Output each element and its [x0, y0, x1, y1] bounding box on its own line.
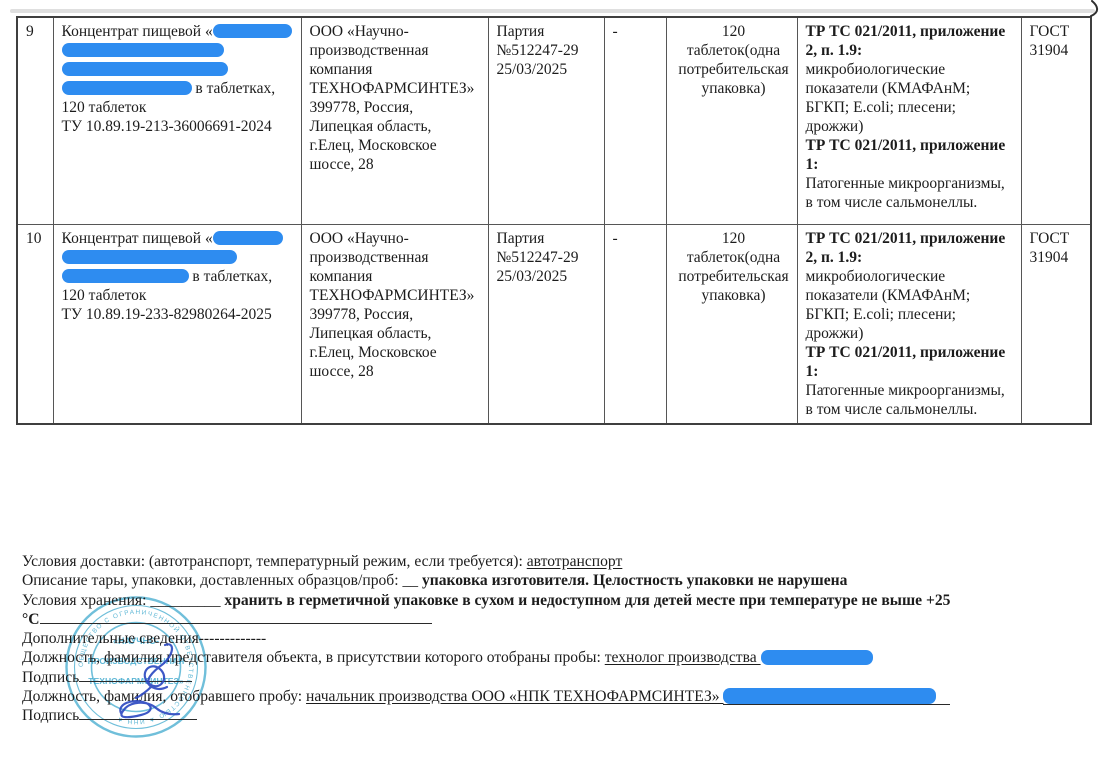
- product-line: в таблетках,: [62, 267, 297, 286]
- text-line: №512247-29: [497, 41, 600, 60]
- text-line: г.Елец, Московское: [310, 343, 484, 362]
- cell-requirements: ТР ТС 021/2011, приложение2, п. 1.9:микр…: [797, 17, 1021, 224]
- signature-label: Подпись: [22, 669, 79, 686]
- text-line: Патогенные микроорганизмы,: [806, 174, 1017, 193]
- product-count: 120 таблеток: [62, 98, 297, 117]
- text-line: дрожжи): [806, 324, 1017, 343]
- text-line: ТЕХНОФАРМСИНТЕЗ»: [310, 286, 484, 305]
- text-line: микробиологические: [806, 267, 1017, 286]
- cell-product: Концентрат пищевой « в таблетках, 120 та…: [53, 17, 301, 224]
- text-line: БГКП; E.coli; плесени;: [806, 305, 1017, 324]
- text-line: 1:: [806, 155, 1017, 174]
- delivery-conditions-line: Условия доставки: (автотранспорт, темпер…: [22, 552, 1092, 571]
- text-line: ООО «Научно-: [310, 22, 484, 41]
- text-line: ТР ТС 021/2011, приложение: [806, 343, 1017, 362]
- text-line: показатели (КМАФАнМ;: [806, 79, 1017, 98]
- sampler-value: начальник производства ООО «НПК ТЕХНОФАР…: [306, 688, 723, 705]
- redaction-bar: [62, 81, 192, 95]
- blank-line: [79, 706, 197, 720]
- redaction-bar: [213, 24, 292, 38]
- text-line: потребительская: [675, 267, 793, 286]
- product-prefix: Концентрат пищевой «: [62, 230, 213, 247]
- text-line: таблеток(одна: [675, 248, 793, 267]
- underlined-redaction: [723, 688, 950, 705]
- sampler-label: Должность, фамилия, отобравшего пробу:: [22, 688, 306, 705]
- product-line: [62, 60, 297, 79]
- text-line: упаковка): [675, 79, 793, 98]
- text-line: потребительская: [675, 60, 793, 79]
- cell-manufacturer: ООО «Научно-производственнаякомпанияТЕХН…: [301, 224, 488, 424]
- text-line: Липецкая область,: [310, 117, 484, 136]
- packaging-value: упаковка изготовителя. Целостность упако…: [422, 572, 847, 589]
- representative-label: Должность, фамилия представителя объекта…: [22, 649, 605, 666]
- signature-line-2: Подпись: [22, 706, 1092, 725]
- product-line: Концентрат пищевой «: [62, 22, 297, 41]
- text-line: шоссе, 28: [310, 362, 484, 381]
- signature-line-1: Подпись: [22, 668, 1092, 687]
- signature-label: Подпись: [22, 707, 79, 724]
- text-line: 399778, Россия,: [310, 305, 484, 324]
- product-line: в таблетках,: [62, 79, 297, 98]
- additional-info-line: Дополнительные сведения-------------: [22, 629, 1092, 648]
- sampler-line: Должность, фамилия, отобравшего пробу: н…: [22, 687, 1092, 706]
- delivery-value: автотранспорт: [527, 553, 623, 570]
- product-suffix: в таблетках,: [192, 268, 272, 285]
- cell-batch: Партия№512247-2925/03/2025: [488, 224, 604, 424]
- samples-table: 9 Концентрат пищевой « в таблетках, 120 …: [16, 16, 1092, 425]
- product-prefix: Концентрат пищевой «: [62, 23, 213, 40]
- redaction-bar: [62, 250, 237, 264]
- text-line: компания: [310, 60, 484, 79]
- cell-product: Концентрат пищевой « в таблетках, 120 та…: [53, 224, 301, 424]
- redaction-bar: [62, 43, 224, 57]
- text-line: ТР ТС 021/2011, приложение: [806, 22, 1017, 41]
- text-line: 31904: [1030, 248, 1087, 267]
- representative-line: Должность, фамилия представителя объекта…: [22, 648, 1092, 667]
- text-line: г.Елец, Московское: [310, 136, 484, 155]
- text-line: БГКП; E.coli; плесени;: [806, 98, 1017, 117]
- cell-dash: -: [604, 224, 666, 424]
- text-line: дрожжи): [806, 117, 1017, 136]
- blank-line: [79, 668, 192, 682]
- cell-gost: ГОСТ31904: [1021, 224, 1091, 424]
- text-line: №512247-29: [497, 248, 600, 267]
- text-line: 25/03/2025: [497, 60, 600, 79]
- table-row-10: 10 Концентрат пищевой « в таблетках, 120…: [17, 224, 1091, 424]
- cell-row-number: 9: [17, 17, 53, 224]
- storage-line-2: °С: [22, 610, 1092, 629]
- product-line: Концентрат пищевой «: [62, 229, 297, 248]
- redaction-bar: [62, 269, 189, 283]
- product-line: [62, 248, 297, 267]
- text-line: ГОСТ: [1030, 22, 1087, 41]
- redaction-bar: [761, 650, 873, 665]
- text-line: производственная: [310, 41, 484, 60]
- cell-quantity: 120таблеток(однапотребительскаяупаковка): [666, 17, 797, 224]
- storage-label: Условия хранения: _________: [22, 592, 224, 609]
- product-tu-number: ТУ 10.89.19-233-82980264-2025: [62, 305, 297, 324]
- text-line: в том числе сальмонеллы.: [806, 400, 1017, 419]
- text-line: 2, п. 1.9:: [806, 248, 1017, 267]
- representative-value: технолог производства: [605, 649, 761, 666]
- text-line: 31904: [1030, 41, 1087, 60]
- text-line: микробиологические: [806, 60, 1017, 79]
- text-line: показатели (КМАФАнМ;: [806, 286, 1017, 305]
- cell-requirements: ТР ТС 021/2011, приложение2, п. 1.9:микр…: [797, 224, 1021, 424]
- text-line: ТР ТС 021/2011, приложение: [806, 136, 1017, 155]
- cell-dash: -: [604, 17, 666, 224]
- storage-value: хранить в герметичной упаковке в сухом и…: [224, 592, 950, 609]
- text-line: производственная: [310, 248, 484, 267]
- product-suffix: в таблетках,: [195, 80, 275, 97]
- storage-degrees: °С: [22, 611, 40, 628]
- text-line: Партия: [497, 22, 600, 41]
- text-line: ТЕХНОФАРМСИНТЕЗ»: [310, 79, 484, 98]
- cell-manufacturer: ООО «Научно-производственнаякомпанияТЕХН…: [301, 17, 488, 224]
- scanned-sampling-act-page: { "colors":{ "redaction":"#2e8cf0", "sta…: [0, 0, 1107, 773]
- text-line: компания: [310, 267, 484, 286]
- text-line: ТР ТС 021/2011, приложение: [806, 229, 1017, 248]
- storage-line: Условия хранения: _________ хранить в ге…: [22, 591, 1092, 610]
- text-line: 120: [675, 22, 793, 41]
- product-count: 120 таблеток: [62, 286, 297, 305]
- text-line: 2, п. 1.9:: [806, 41, 1017, 60]
- table-row-9: 9 Концентрат пищевой « в таблетках, 120 …: [17, 17, 1091, 224]
- redaction-bar: [723, 688, 936, 704]
- blank-line: [40, 610, 432, 624]
- text-line: Партия: [497, 229, 600, 248]
- text-line: Липецкая область,: [310, 324, 484, 343]
- cell-row-number: 10: [17, 224, 53, 424]
- text-line: 1:: [806, 362, 1017, 381]
- redaction-bar: [62, 62, 228, 76]
- packaging-line: Описание тары, упаковки, доставленных об…: [22, 571, 1092, 590]
- cell-batch: Партия№512247-2925/03/2025: [488, 17, 604, 224]
- text-line: шоссе, 28: [310, 155, 484, 174]
- text-line: таблеток(одна: [675, 41, 793, 60]
- packaging-label: Описание тары, упаковки, доставленных об…: [22, 572, 422, 589]
- text-line: 399778, Россия,: [310, 98, 484, 117]
- footer-block: Условия доставки: (автотранспорт, темпер…: [22, 552, 1092, 726]
- text-line: Патогенные микроорганизмы,: [806, 381, 1017, 400]
- cell-quantity: 120таблеток(однапотребительскаяупаковка): [666, 224, 797, 424]
- redaction-bar: [213, 231, 283, 245]
- cell-gost: ГОСТ31904: [1021, 17, 1091, 224]
- text-line: 120: [675, 229, 793, 248]
- text-line: ГОСТ: [1030, 229, 1087, 248]
- text-line: в том числе сальмонеллы.: [806, 193, 1017, 212]
- text-line: ООО «Научно-: [310, 229, 484, 248]
- product-line: [62, 41, 297, 60]
- text-line: упаковка): [675, 286, 793, 305]
- scan-streak: [10, 9, 1095, 13]
- delivery-label: Условия доставки: (автотранспорт, темпер…: [22, 553, 527, 570]
- product-tu-number: ТУ 10.89.19-213-36006691-2024: [62, 117, 297, 136]
- text-line: 25/03/2025: [497, 267, 600, 286]
